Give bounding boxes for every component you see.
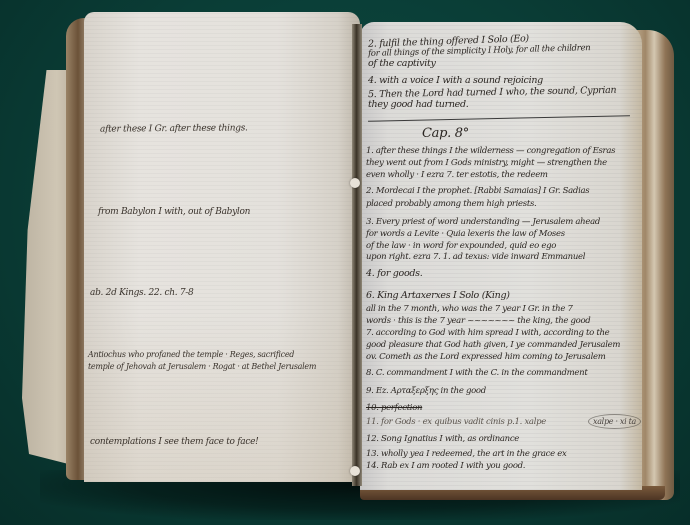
right-page-line: upon right. ezra 7. 1. ad texus: vide in… bbox=[366, 252, 585, 262]
right-page-line: 6. King Artaxerxes I Solo (King) bbox=[366, 290, 510, 301]
left-page-line: after these I Gr. after these things. bbox=[100, 123, 248, 134]
left-page-line: temple of Jehovah at Jerusalem · Rogat ·… bbox=[88, 362, 316, 371]
left-page-line: ab. 2d Kings. 22. ch. 7-8 bbox=[90, 288, 193, 298]
right-page-line: they good had turned. bbox=[368, 99, 468, 110]
right-page-line: 4. with a voice I with a sound rejoicing bbox=[368, 75, 543, 86]
left-page-line: contemplations I see them face to face! bbox=[90, 437, 258, 447]
left-page-line: from Babylon I with, out of Babylon bbox=[98, 207, 250, 217]
right-page-line: 4. for goods. bbox=[366, 268, 422, 279]
right-page-line: even wholly · I ezra 7. ter estotis, the… bbox=[366, 170, 548, 180]
right-page-line: they went out from I Gods ministry, migh… bbox=[366, 158, 607, 168]
right-page-line: words · this is the 7 year ~~~~~~~ the k… bbox=[366, 316, 590, 326]
binding-stitch bbox=[350, 178, 360, 188]
left-page bbox=[84, 12, 360, 482]
left-page-line: Antiochus who profaned the temple · Rege… bbox=[88, 350, 294, 359]
binding-stitch bbox=[350, 466, 360, 476]
right-page-line: 2. Mordecai I the prophet. [Rabbi Samaia… bbox=[366, 186, 589, 196]
right-page-line: 9. Ez. Αρταξερξης in the good bbox=[366, 386, 486, 396]
photo-scene: after these I Gr. after these things. fr… bbox=[0, 0, 690, 525]
chapter-heading: Cap. 8° bbox=[422, 126, 469, 141]
right-page-line: of the captivity bbox=[368, 58, 436, 69]
book-gutter bbox=[352, 24, 362, 486]
right-page-line: 10. perfection bbox=[366, 403, 422, 413]
right-page-line: 14. Rab ex I am rooted I with you good. bbox=[366, 461, 525, 471]
right-page-line: placed probably among them high priests. bbox=[366, 199, 536, 209]
right-page-line: 11. for Gods · ex quibus vadit cinis p.1… bbox=[366, 417, 546, 427]
right-page-line: for words a Levite · Quia lexeris the la… bbox=[366, 229, 565, 239]
right-page-line: 3. Every priest of word understanding — … bbox=[366, 217, 600, 227]
right-page-line: 13. wholly yea I redeemed, the art in th… bbox=[366, 449, 567, 459]
right-page-line: 7. according to God with him spread I wi… bbox=[366, 328, 609, 338]
right-page-line: ov. Cometh as the Lord expressed him com… bbox=[366, 352, 605, 362]
marginal-note: xalpe · xi ta bbox=[588, 414, 641, 429]
right-page-line: 1. after these things I the wilderness —… bbox=[366, 146, 615, 156]
right-page-line: 12. Song Ignatius I with, as ordinance bbox=[366, 434, 519, 444]
right-page-line: of the law · in word for expounded, quid… bbox=[366, 241, 556, 251]
right-page-line: all in the 7 month, who was the 7 year I… bbox=[366, 304, 573, 314]
right-page-line: good pleasure that God hath given, I ye … bbox=[366, 340, 620, 350]
right-page-line: 8. C. commandment I with the C. in the c… bbox=[366, 368, 587, 378]
